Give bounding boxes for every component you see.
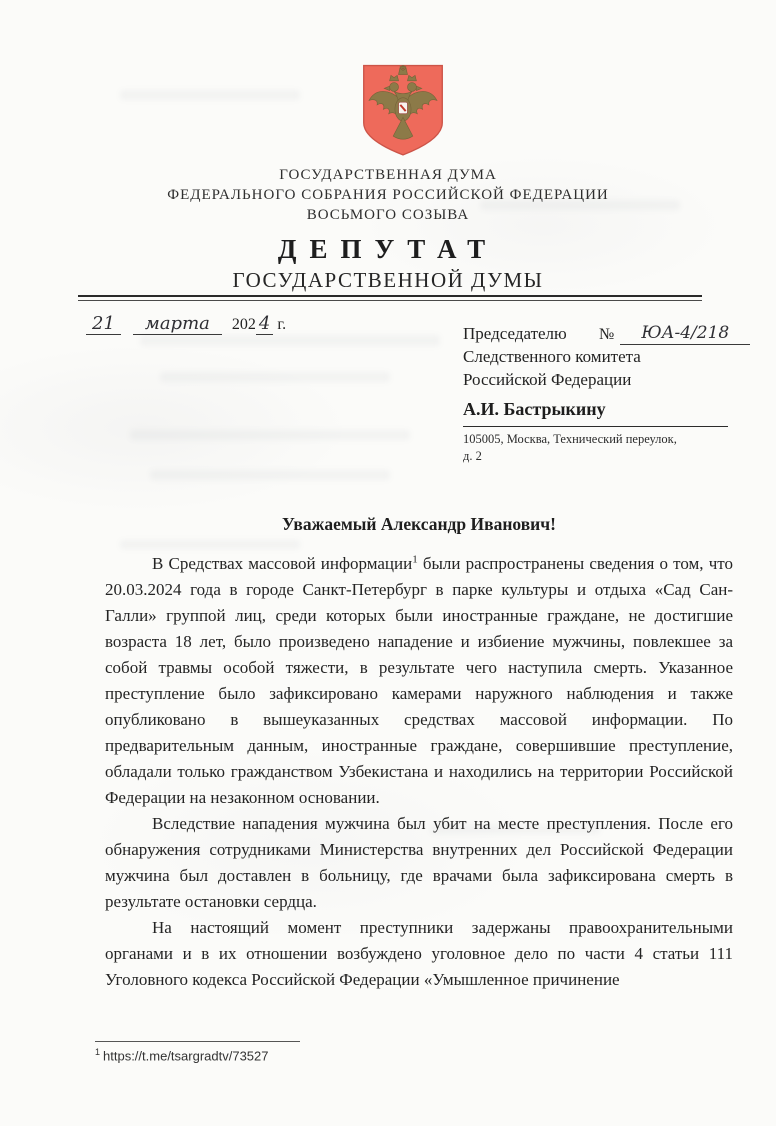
bleed-through-artifact (120, 90, 300, 100)
handwritten-day: 21 (86, 313, 121, 335)
coat-of-arms-icon (358, 62, 448, 162)
bleed-through-artifact (130, 430, 410, 440)
bleed-through-artifact (120, 540, 300, 549)
p1-text-before-footnote-ref: В Средствах массовой информации (152, 554, 412, 573)
recipient-line2: Следственного комитета (463, 345, 641, 368)
body-paragraph-1: В Средствах массовой информации1 были ра… (105, 551, 733, 811)
handwritten-year-digit: 4 (256, 313, 273, 335)
letterhead: ГОСУДАРСТВЕННАЯ ДУМА ФЕДЕРАЛЬНОГО СОБРАН… (0, 165, 776, 293)
org-name-line1: ГОСУДАРСТВЕННАЯ ДУМА (0, 165, 776, 185)
bleed-through-artifact (150, 470, 390, 480)
recipient-line1: Председателю (463, 322, 641, 345)
recipient-address-line1: 105005, Москва, Технический переулок, (463, 431, 677, 448)
date-line: 21 марта 2024 г. (86, 313, 286, 335)
letterhead-title-duma: ГОСУДАРСТВЕННОЙ ДУМЫ (0, 268, 776, 293)
recipient-block: Председателю Следственного комитета Росс… (463, 322, 641, 391)
recipient-line3: Российской Федерации (463, 368, 641, 391)
bleed-through-artifact (160, 372, 390, 382)
recipient-name: А.И. Бастрыкину (463, 399, 606, 420)
footnote-url: https://t.me/tsargradtv/73527 (103, 1048, 268, 1063)
letterhead-divider-rule (78, 295, 702, 301)
footnote: 1https://t.me/tsargradtv/73527 (95, 1047, 269, 1063)
bleed-through-artifact (140, 335, 440, 346)
footnote-marker: 1 (95, 1047, 100, 1057)
org-name-line2: ФЕДЕРАЛЬНОГО СОБРАНИЯ РОССИЙСКОЙ ФЕДЕРАЦ… (0, 185, 776, 205)
recipient-address: 105005, Москва, Технический переулок, д.… (463, 431, 677, 465)
body-paragraph-2: Вследствие нападения мужчина был убит на… (105, 811, 733, 915)
handwritten-reference-value: ЮА-4/218 (641, 323, 729, 343)
handwritten-month: марта (133, 313, 222, 335)
recipient-address-line2: д. 2 (463, 448, 677, 465)
year-suffix: г. (277, 316, 286, 333)
salutation: Уважаемый Александр Иванович! (105, 514, 733, 535)
recipient-name-underline (463, 426, 728, 427)
letterhead-title-deputy: ДЕПУТАТ (0, 234, 776, 265)
scanned-letter-page: ГОСУДАРСТВЕННАЯ ДУМА ФЕДЕРАЛЬНОГО СОБРАН… (0, 0, 776, 1126)
footnote-separator (95, 1041, 300, 1042)
body-paragraph-3: На настоящий момент преступники задержан… (105, 915, 733, 993)
printed-year-prefix: 202 (232, 316, 256, 333)
org-name-line3: ВОСЬМОГО СОЗЫВА (0, 205, 776, 225)
p1-text-after-footnote-ref: были распространены сведения о том, что … (105, 554, 733, 807)
letter-body: В Средствах массовой информации1 были ра… (105, 551, 733, 993)
